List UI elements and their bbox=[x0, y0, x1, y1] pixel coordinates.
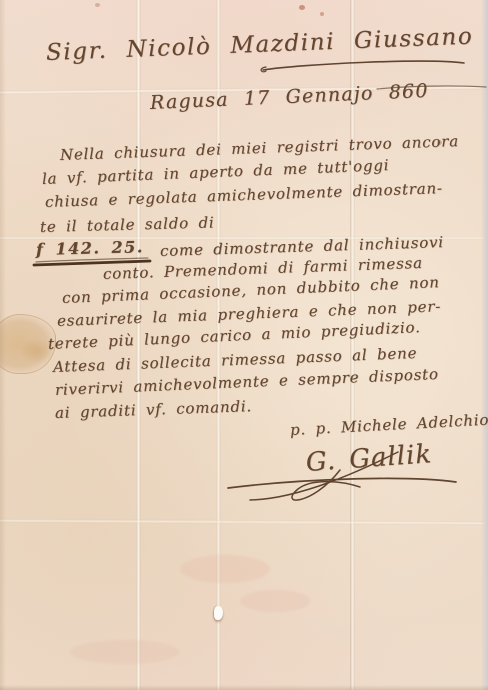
handwritten-line: ai graditi vf. comandi. bbox=[55, 397, 253, 422]
paper-speck bbox=[95, 3, 100, 7]
paper-speck bbox=[299, 5, 305, 10]
addressee-place: Giussano bbox=[354, 24, 474, 55]
dateline: Ragusa 17 Gennajo 860 bbox=[150, 80, 430, 114]
handwritten-line: te il totale saldo di bbox=[40, 213, 215, 236]
closing-line: p. p. Michele Adelchio bbox=[290, 411, 488, 439]
addressee-salutation: Sigr. bbox=[46, 38, 109, 66]
letter-page: Sigr. Nicolò Mazdini Giussano Ragusa 17 … bbox=[0, 0, 488, 690]
paper-smudge bbox=[70, 640, 180, 664]
pinhole bbox=[214, 606, 223, 620]
amount-value: f 142. 25. bbox=[36, 237, 144, 259]
fold-crease-horizontal-lower bbox=[0, 519, 488, 526]
signature-flourish bbox=[228, 478, 456, 488]
paper-smudge bbox=[240, 590, 310, 612]
page-bottom-shadow bbox=[0, 685, 488, 690]
addressee-line: Sigr. Nicolò Mazdini Giussano bbox=[46, 24, 474, 66]
amount-underline-second bbox=[36, 258, 148, 262]
addressee-name: Nicolò Mazdini bbox=[126, 29, 336, 63]
addressee-underline bbox=[263, 61, 464, 70]
paper-speck bbox=[320, 12, 324, 16]
page-left-shadow bbox=[0, 0, 6, 690]
addressee-underline-hook bbox=[261, 67, 266, 72]
scanner-edge bbox=[481, 0, 488, 690]
paper-smudge bbox=[180, 555, 270, 583]
signature: G. Gallik bbox=[305, 439, 433, 478]
handwritten-line: Nella chiusura dei miei registri trovo a… bbox=[60, 132, 460, 164]
